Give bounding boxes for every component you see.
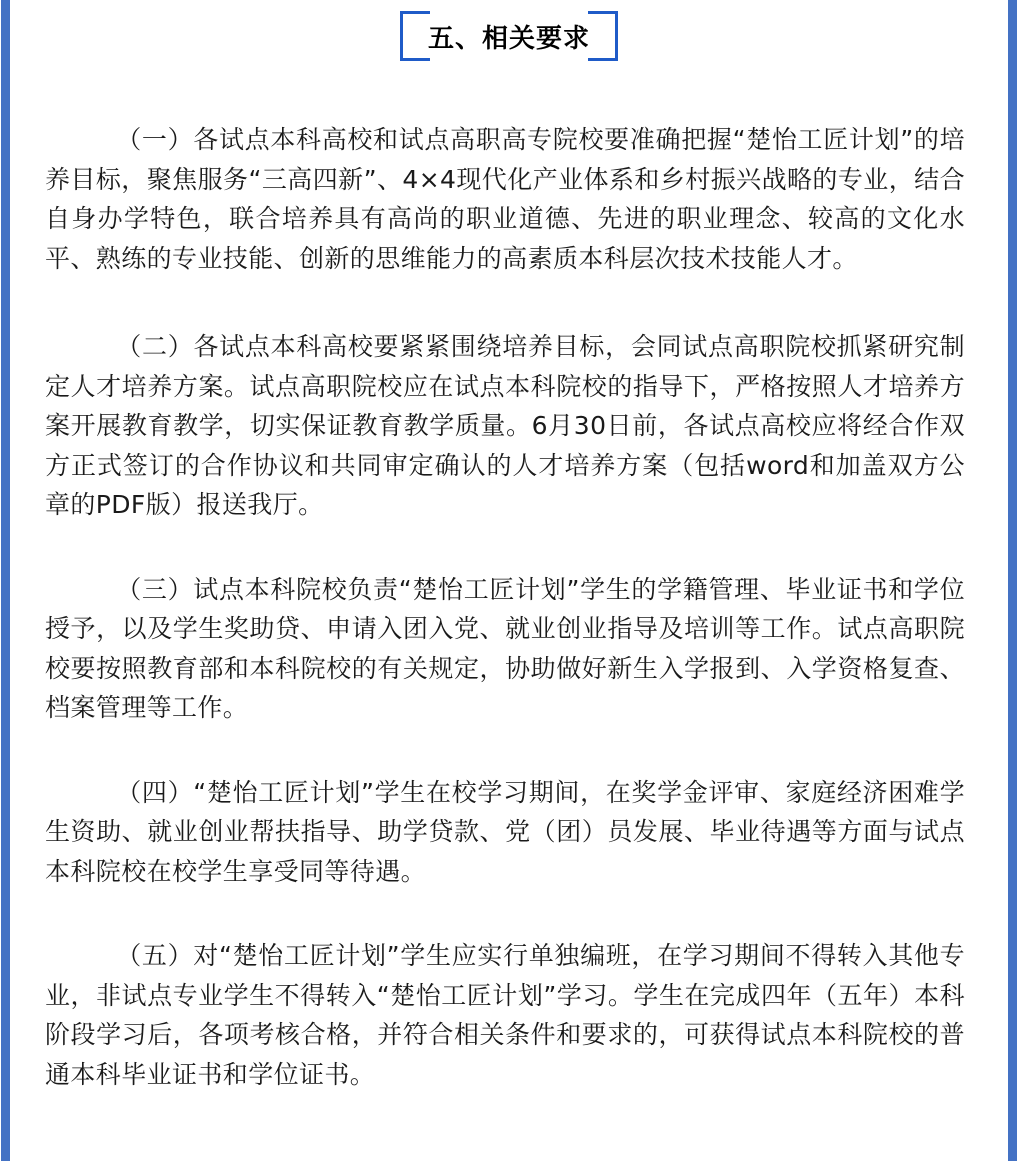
section-title: 五、相关要求 [428, 18, 590, 55]
left-bracket-decoration [400, 11, 430, 61]
right-bracket-decoration [588, 11, 618, 61]
paragraph-1: （一）各试点本科高校和试点高职高专院校要准确把握“楚怡工匠计划”的培养目标，聚焦… [45, 120, 965, 278]
paragraph-5: （五）对“楚怡工匠计划”学生应实行单独编班，在学习期间不得转入其他专业，非试点专… [45, 936, 965, 1094]
paragraph-3: （三）试点本科院校负责“楚怡工匠计划”学生的学籍管理、毕业证书和学位授予，以及学… [45, 570, 965, 728]
right-border-bar [1008, 0, 1017, 1161]
paragraph-2: （二）各试点本科高校要紧紧围绕培养目标，会同试点高职院校抓紧研究制定人才培养方案… [45, 327, 965, 525]
paragraph-4: （四）“楚怡工匠计划”学生在校学习期间，在奖学金评审、家庭经济困难学生资助、就业… [45, 773, 965, 892]
section-title-box: 五、相关要求 [400, 11, 618, 61]
article-body: （一）各试点本科高校和试点高职高专院校要准确把握“楚怡工匠计划”的培养目标，聚焦… [45, 120, 965, 1139]
left-border-bar [1, 0, 10, 1161]
